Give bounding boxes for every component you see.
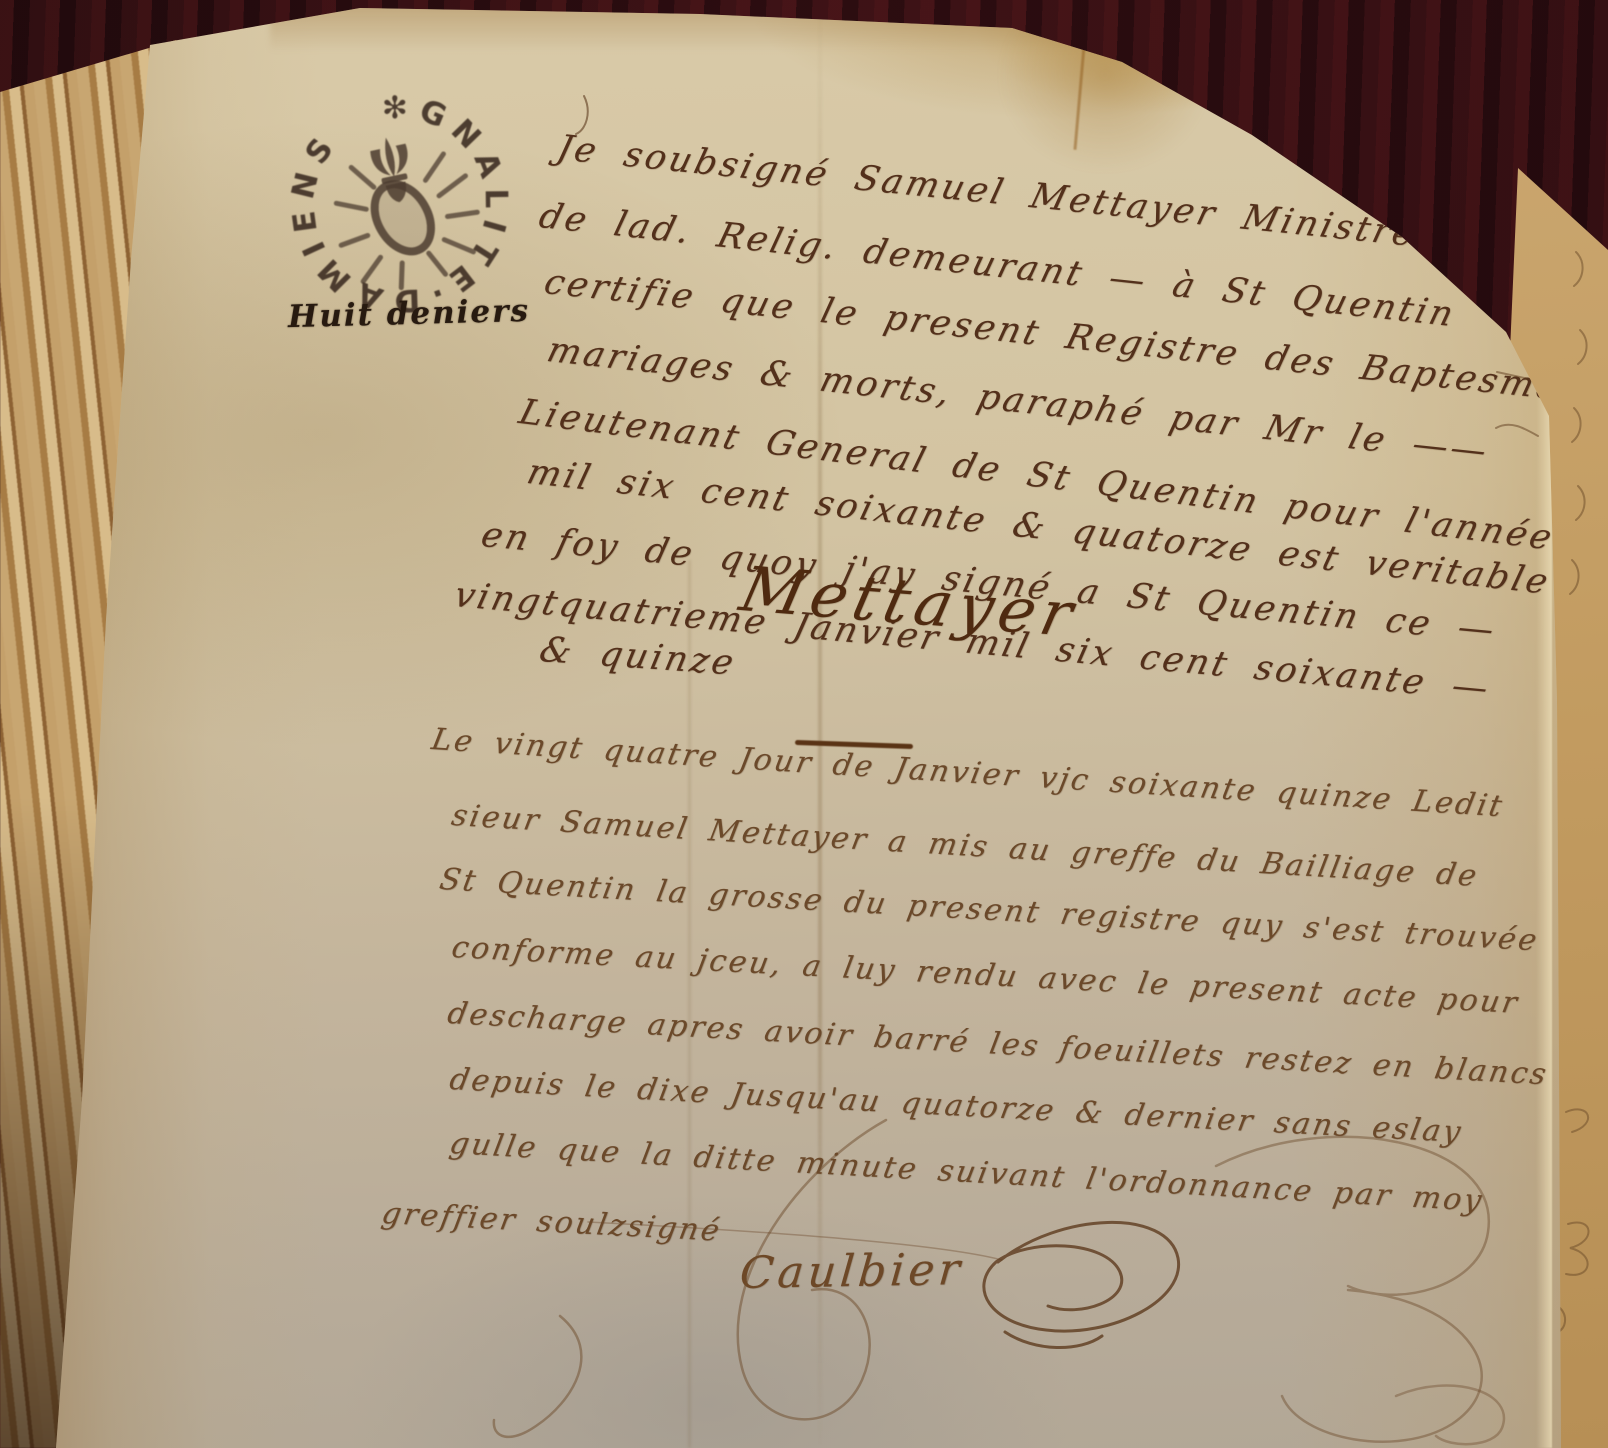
caulbier-paraph bbox=[984, 1222, 1179, 1347]
stamp-caption: Huit deniers bbox=[288, 293, 531, 335]
photo-scene: ✻GNALITE·DAMIENS bbox=[0, 0, 1608, 1448]
caulbier-signature: Caulbier bbox=[738, 1244, 966, 1299]
vertical-crease bbox=[688, 560, 691, 1448]
deposit-line: greffier soulzsigné bbox=[379, 1196, 724, 1249]
vertical-crease bbox=[818, 0, 822, 1448]
manuscript-page: ✻GNALITE·DAMIENS bbox=[0, 0, 1608, 1448]
